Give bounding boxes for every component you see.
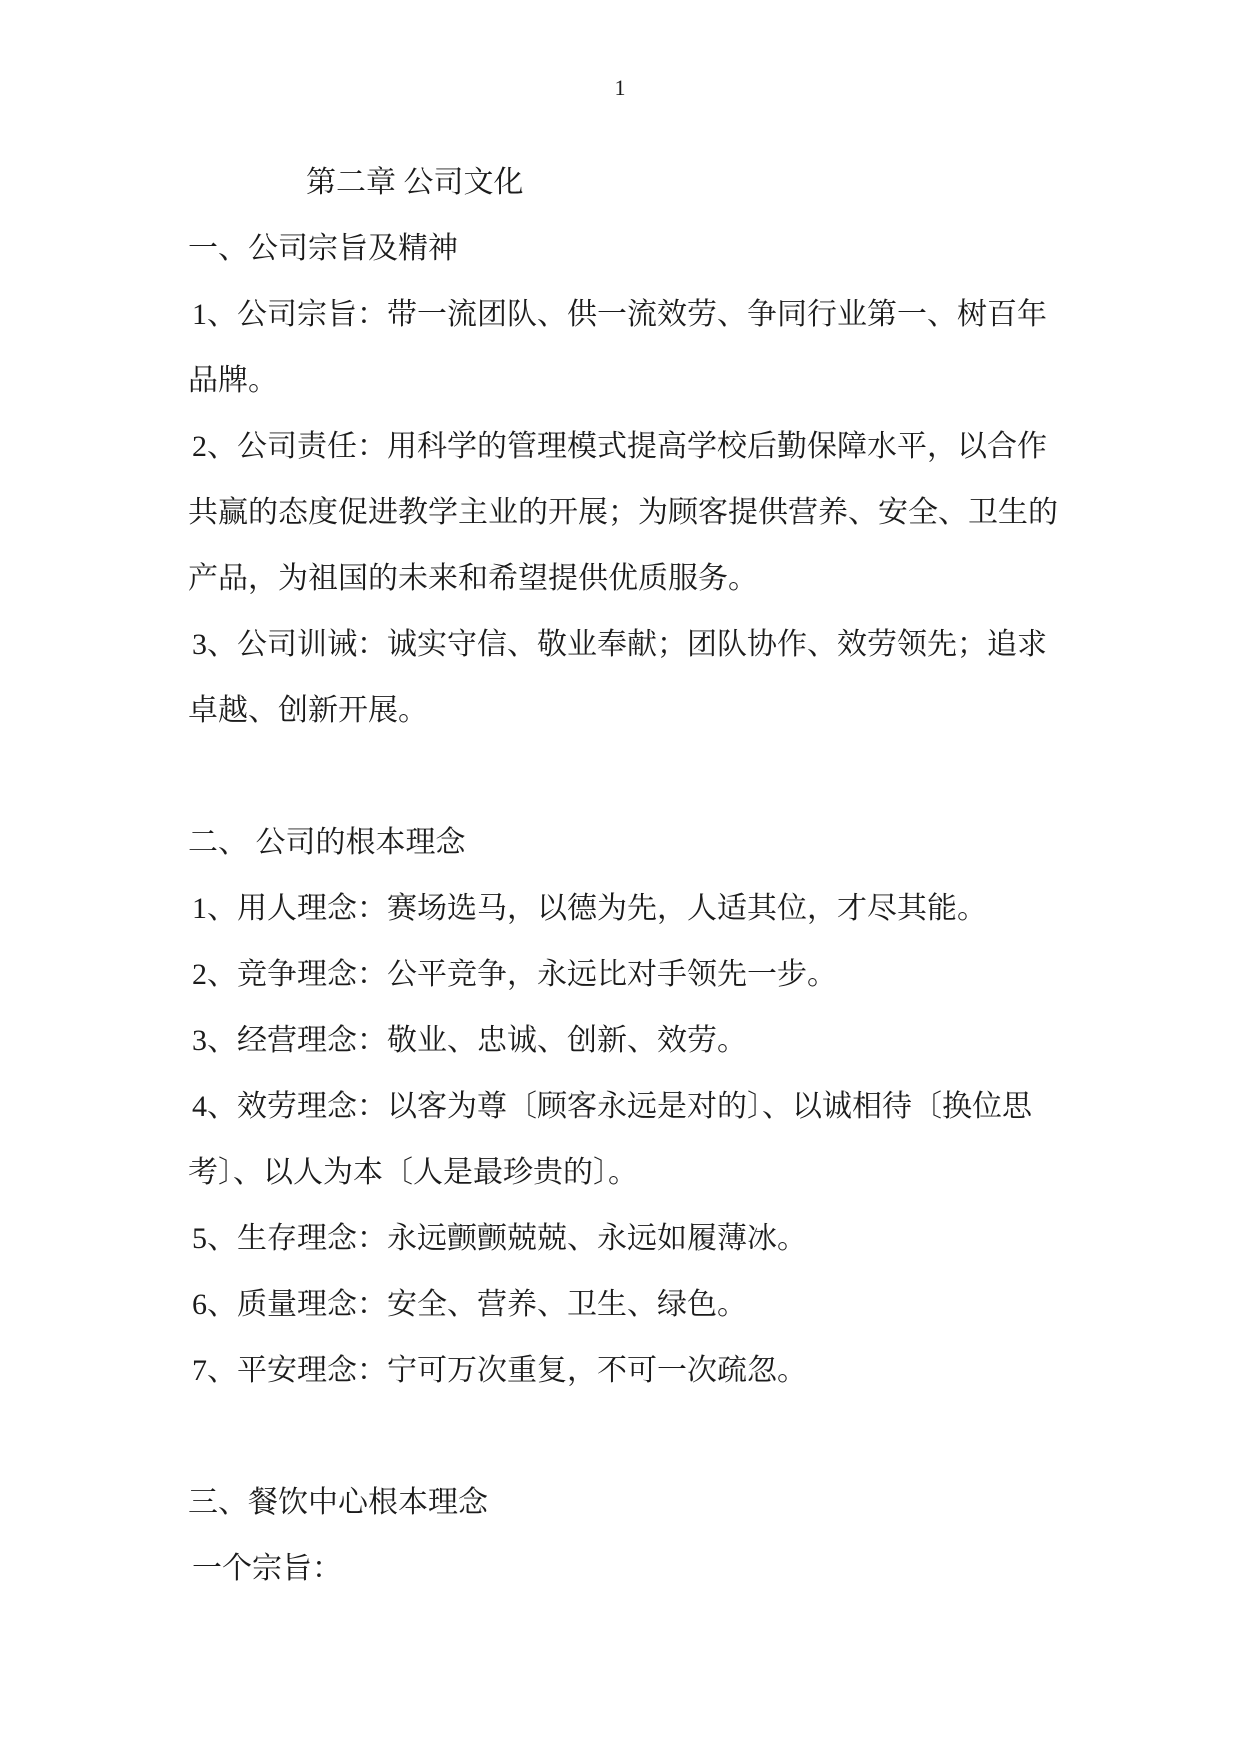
body-paragraph: 6、质量理念：安全、营养、卫生、绿色。 [188,1272,1060,1338]
body-paragraph: 4、效劳理念：以客为尊〔顾客永远是对的〕、以诚相待〔换位思考〕、以人为本〔人是最… [188,1074,1060,1206]
body-paragraph: 2、竞争理念：公平竞争，永远比对手领先一步。 [188,942,1060,1008]
body-paragraph: 3、经营理念：敬业、忠诚、创新、效劳。 [188,1008,1060,1074]
section-heading: 二、 公司的根本理念 [188,810,1060,876]
document-page: 1 第二章 公司文化 一、公司宗旨及精神1、公司宗旨：带一流团队、供一流效劳、争… [0,0,1240,1753]
chapter-title: 第二章 公司文化 [188,150,1060,216]
paragraph-list: 一、公司宗旨及精神1、公司宗旨：带一流团队、供一流效劳、争同行业第一、树百年品牌… [188,216,1060,1602]
page-number: 1 [0,76,1240,100]
body-paragraph: 1、用人理念：赛场选马，以德为先，人适其位，才尽其能。 [188,876,1060,942]
body-paragraph: 一个宗旨： [188,1536,1060,1602]
body-paragraph: 1、公司宗旨：带一流团队、供一流效劳、争同行业第一、树百年品牌。 [188,282,1060,414]
body-paragraph: 3、公司训诫：诚实守信、敬业奉献；团队协作、效劳领先；追求卓越、创新开展。 [188,612,1060,744]
body-paragraph: 2、公司责任：用科学的管理模式提高学校后勤保障水平，以合作共赢的态度促进教学主业… [188,414,1060,612]
body-paragraph: 5、生存理念：永远颤颤兢兢、永远如履薄冰。 [188,1206,1060,1272]
document-content: 第二章 公司文化 一、公司宗旨及精神1、公司宗旨：带一流团队、供一流效劳、争同行… [188,150,1060,1602]
section-heading: 一、公司宗旨及精神 [188,216,1060,282]
section-heading: 三、餐饮中心根本理念 [188,1470,1060,1536]
blank-line [188,1404,1060,1470]
body-paragraph: 7、平安理念：宁可万次重复，不可一次疏忽。 [188,1338,1060,1404]
blank-line [188,744,1060,810]
